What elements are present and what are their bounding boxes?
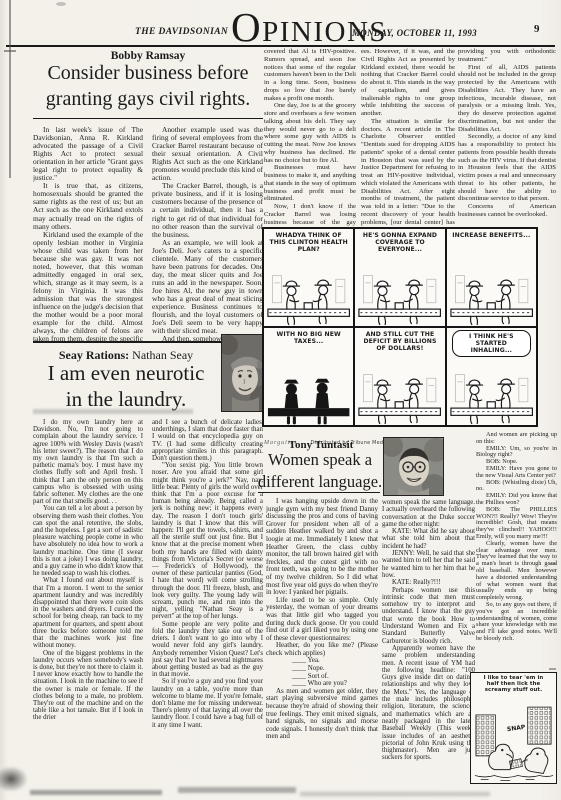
- comic-panel-5: And still cut the deficit by billions of…: [355, 328, 444, 425]
- paragraph: KATE: What did he say about what she tol…: [382, 528, 475, 550]
- comic-panel-6: I think he's started inhaling...: [447, 328, 536, 425]
- paragraph: In last week's issue of The Davidsonian,…: [33, 126, 143, 182]
- paragraph: It is true that, as citizens, homosexual…: [33, 182, 143, 230]
- comic-panel-2: He's gonna expand coverage to everyone..…: [355, 229, 444, 326]
- comic-caption: With no big new taxes...: [264, 328, 353, 345]
- comic-caption: He's gonna expand coverage to everyone..…: [355, 229, 444, 253]
- newspaper-page: THE DAVIDSONIAN OPINIONS MONDAY, OCTOBER…: [0, 0, 561, 800]
- paragraph: I was hanging upside down in the jungle …: [266, 498, 378, 597]
- paragraph: covered that Al is HIV-positive. Rumors …: [264, 48, 356, 102]
- scan-artifact: [4, 50, 16, 52]
- paragraph: Another example used was the firing of s…: [152, 126, 263, 182]
- tony-tuntasit-photo: [383, 437, 444, 496]
- construction-workers-silhouette-drawing: [264, 371, 353, 425]
- paragraph: So, to any guys out there, if you've got…: [476, 602, 557, 643]
- paragraph: EMILY: Did you know that the Phillies wo…: [476, 493, 557, 507]
- cartoon-drawing: [471, 701, 556, 784]
- headline-line: different language.: [256, 471, 384, 493]
- paragraph: BOB: (Whistling dixie) Uh, no.: [476, 480, 557, 494]
- paragraph: women speak the same language. I actuall…: [382, 499, 475, 528]
- article-business-headline: Consider business before granting gays c…: [33, 60, 263, 112]
- construction-workers-drawing: [447, 371, 536, 425]
- paragraph: EMILY: Have you gone to the new Visual A…: [476, 466, 557, 480]
- paragraph: The situation is similar for doctors. A …: [361, 118, 455, 226]
- masthead: THE DAVIDSONIAN: [135, 27, 228, 37]
- headline-line: Women speak a: [256, 449, 384, 471]
- article-laundry-column-2: and I see a bunch of delicate ladies' un…: [152, 419, 263, 795]
- godzilla-buildings-cartoon: I like to tear 'em in half then lick the…: [470, 672, 557, 784]
- construction-workers-drawing: [447, 272, 536, 326]
- cartoon-caption: I like to tear 'em in half then lick the…: [471, 673, 556, 694]
- paragraph: I do my own laundry here at Davidson. No…: [33, 419, 143, 505]
- comic-panel-4: With no big new taxes...: [264, 328, 353, 425]
- paragraph: KATE: Really?!!!: [382, 579, 475, 586]
- paragraph: Perhaps women use this intrinsic code th…: [382, 587, 475, 645]
- comic-panel-3: Increase benefits...: [447, 229, 536, 326]
- paragraph: Businesses must have business to make it…: [264, 164, 356, 203]
- article-language-column-1: I was hanging upside down in the jungle …: [266, 498, 378, 794]
- headline-line: Consider business before: [33, 60, 263, 86]
- paragraph: You can tell a lot about a person by obs…: [33, 505, 143, 577]
- construction-workers-drawing: [355, 272, 444, 326]
- comic-caption: Increase benefits...: [447, 229, 536, 239]
- article-language-headline: Women speak a different language.: [256, 449, 384, 492]
- paragraph: Clearly, women have the clear advantage …: [476, 541, 557, 602]
- paragraph: Apparently women have the same problem u…: [382, 645, 475, 762]
- construction-workers-drawing: [264, 272, 353, 326]
- issue-date: MONDAY, OCTOBER 11, 1993: [352, 28, 477, 38]
- article-laundry-column-1: I do my own laundry here at Davidson. No…: [33, 419, 143, 795]
- scan-fold-line: [9, 0, 11, 178]
- cartoon-caption-line: screamy stuff out.: [471, 687, 556, 693]
- paragraph: Kirkland used the example of the openly …: [33, 231, 143, 342]
- article-language-column-2: women speak the same language. I actuall…: [382, 499, 475, 795]
- headline-line: in the laundry.: [33, 386, 219, 412]
- paragraph: One day, Joe is at the grocery store and…: [264, 102, 356, 164]
- paragraph: ees. However, if it was, and the Civil R…: [361, 48, 455, 118]
- construction-workers-drawing: [355, 371, 444, 425]
- scan-artifact: [0, 766, 28, 792]
- article-language-column-3: And women are picking up on this:EMILY: …: [476, 432, 557, 670]
- headline-rule: [33, 118, 263, 119]
- paragraph: Now, I don't know if the Cracker Barrel …: [264, 203, 356, 226]
- paragraph: Life used to be so simple. Only yesterda…: [266, 597, 378, 643]
- paragraph: "You sexist pig. You little brown noser.…: [152, 462, 263, 620]
- health-plan-comic-strip: Whadya think of this Clinton health plan…: [262, 227, 538, 427]
- paragraph: The Cracker Barrel, though, is a private…: [152, 182, 263, 238]
- article-business-column-5: providing you with orthodontic treatment…: [458, 48, 556, 226]
- headline-line: I am even neurotic: [33, 360, 219, 386]
- paragraph: Some people are very polite and fold the…: [152, 621, 263, 679]
- header-rule: [6, 45, 555, 47]
- paragraph: Heather, do you like me? (Please check w…: [266, 642, 378, 657]
- headline-rule: [258, 492, 380, 493]
- paragraph: One of the biggest problems in the laund…: [33, 650, 143, 722]
- paragraph: And women are picking up on this:: [476, 432, 557, 446]
- paragraph: Concerns of American businesses cannot b…: [458, 203, 556, 219]
- article-business-column-2: Another example used was the firing of s…: [152, 126, 263, 342]
- paragraph: providing you with orthodontic treatment…: [458, 48, 556, 64]
- paragraph: First of all, AIDS patients should not b…: [458, 64, 556, 134]
- scan-artifact: [56, 2, 66, 6]
- comic-caption: And still cut the deficit by billions of…: [355, 328, 444, 352]
- article-business-column-3: covered that Al is HIV-positive. Rumors …: [264, 48, 356, 226]
- comic-caption: Whadya think of this Clinton health plan…: [264, 229, 353, 253]
- paragraph: BOB: The PHILLIES WON?!! Really? Wow! Th…: [476, 507, 557, 541]
- article-business-column-4: ees. However, if it was, and the Civil R…: [361, 48, 455, 226]
- paragraph: JENNY: Well, he said that she wanted him…: [382, 550, 475, 579]
- headline-line: granting gays civil rights.: [33, 86, 263, 112]
- paragraph: As an example, we will look at Joe's Del…: [152, 239, 263, 336]
- paragraph: What I found out about myself is that I'…: [33, 577, 143, 649]
- comic-panel-1: Whadya think of this Clinton health plan…: [264, 229, 353, 326]
- comic-caption: I think he's started inhaling...: [452, 330, 531, 357]
- paragraph: EMILY: Um, so you're in Biology right?: [476, 446, 557, 460]
- article-business-column-1: In last week's issue of The Davidsonian,…: [33, 126, 143, 342]
- article-laundry-headline: I am even neurotic in the laundry.: [33, 360, 219, 412]
- page-number: 9: [534, 23, 540, 35]
- portrait-drawing: [384, 438, 443, 495]
- paragraph: As men and women get older, they start p…: [266, 688, 378, 741]
- paragraph: So if you're a guy and you find your lau…: [152, 678, 263, 728]
- paragraph: Secondly, a doctor of any kind has a res…: [458, 133, 556, 203]
- paragraph: and I see a bunch of delicate ladies' un…: [152, 419, 263, 462]
